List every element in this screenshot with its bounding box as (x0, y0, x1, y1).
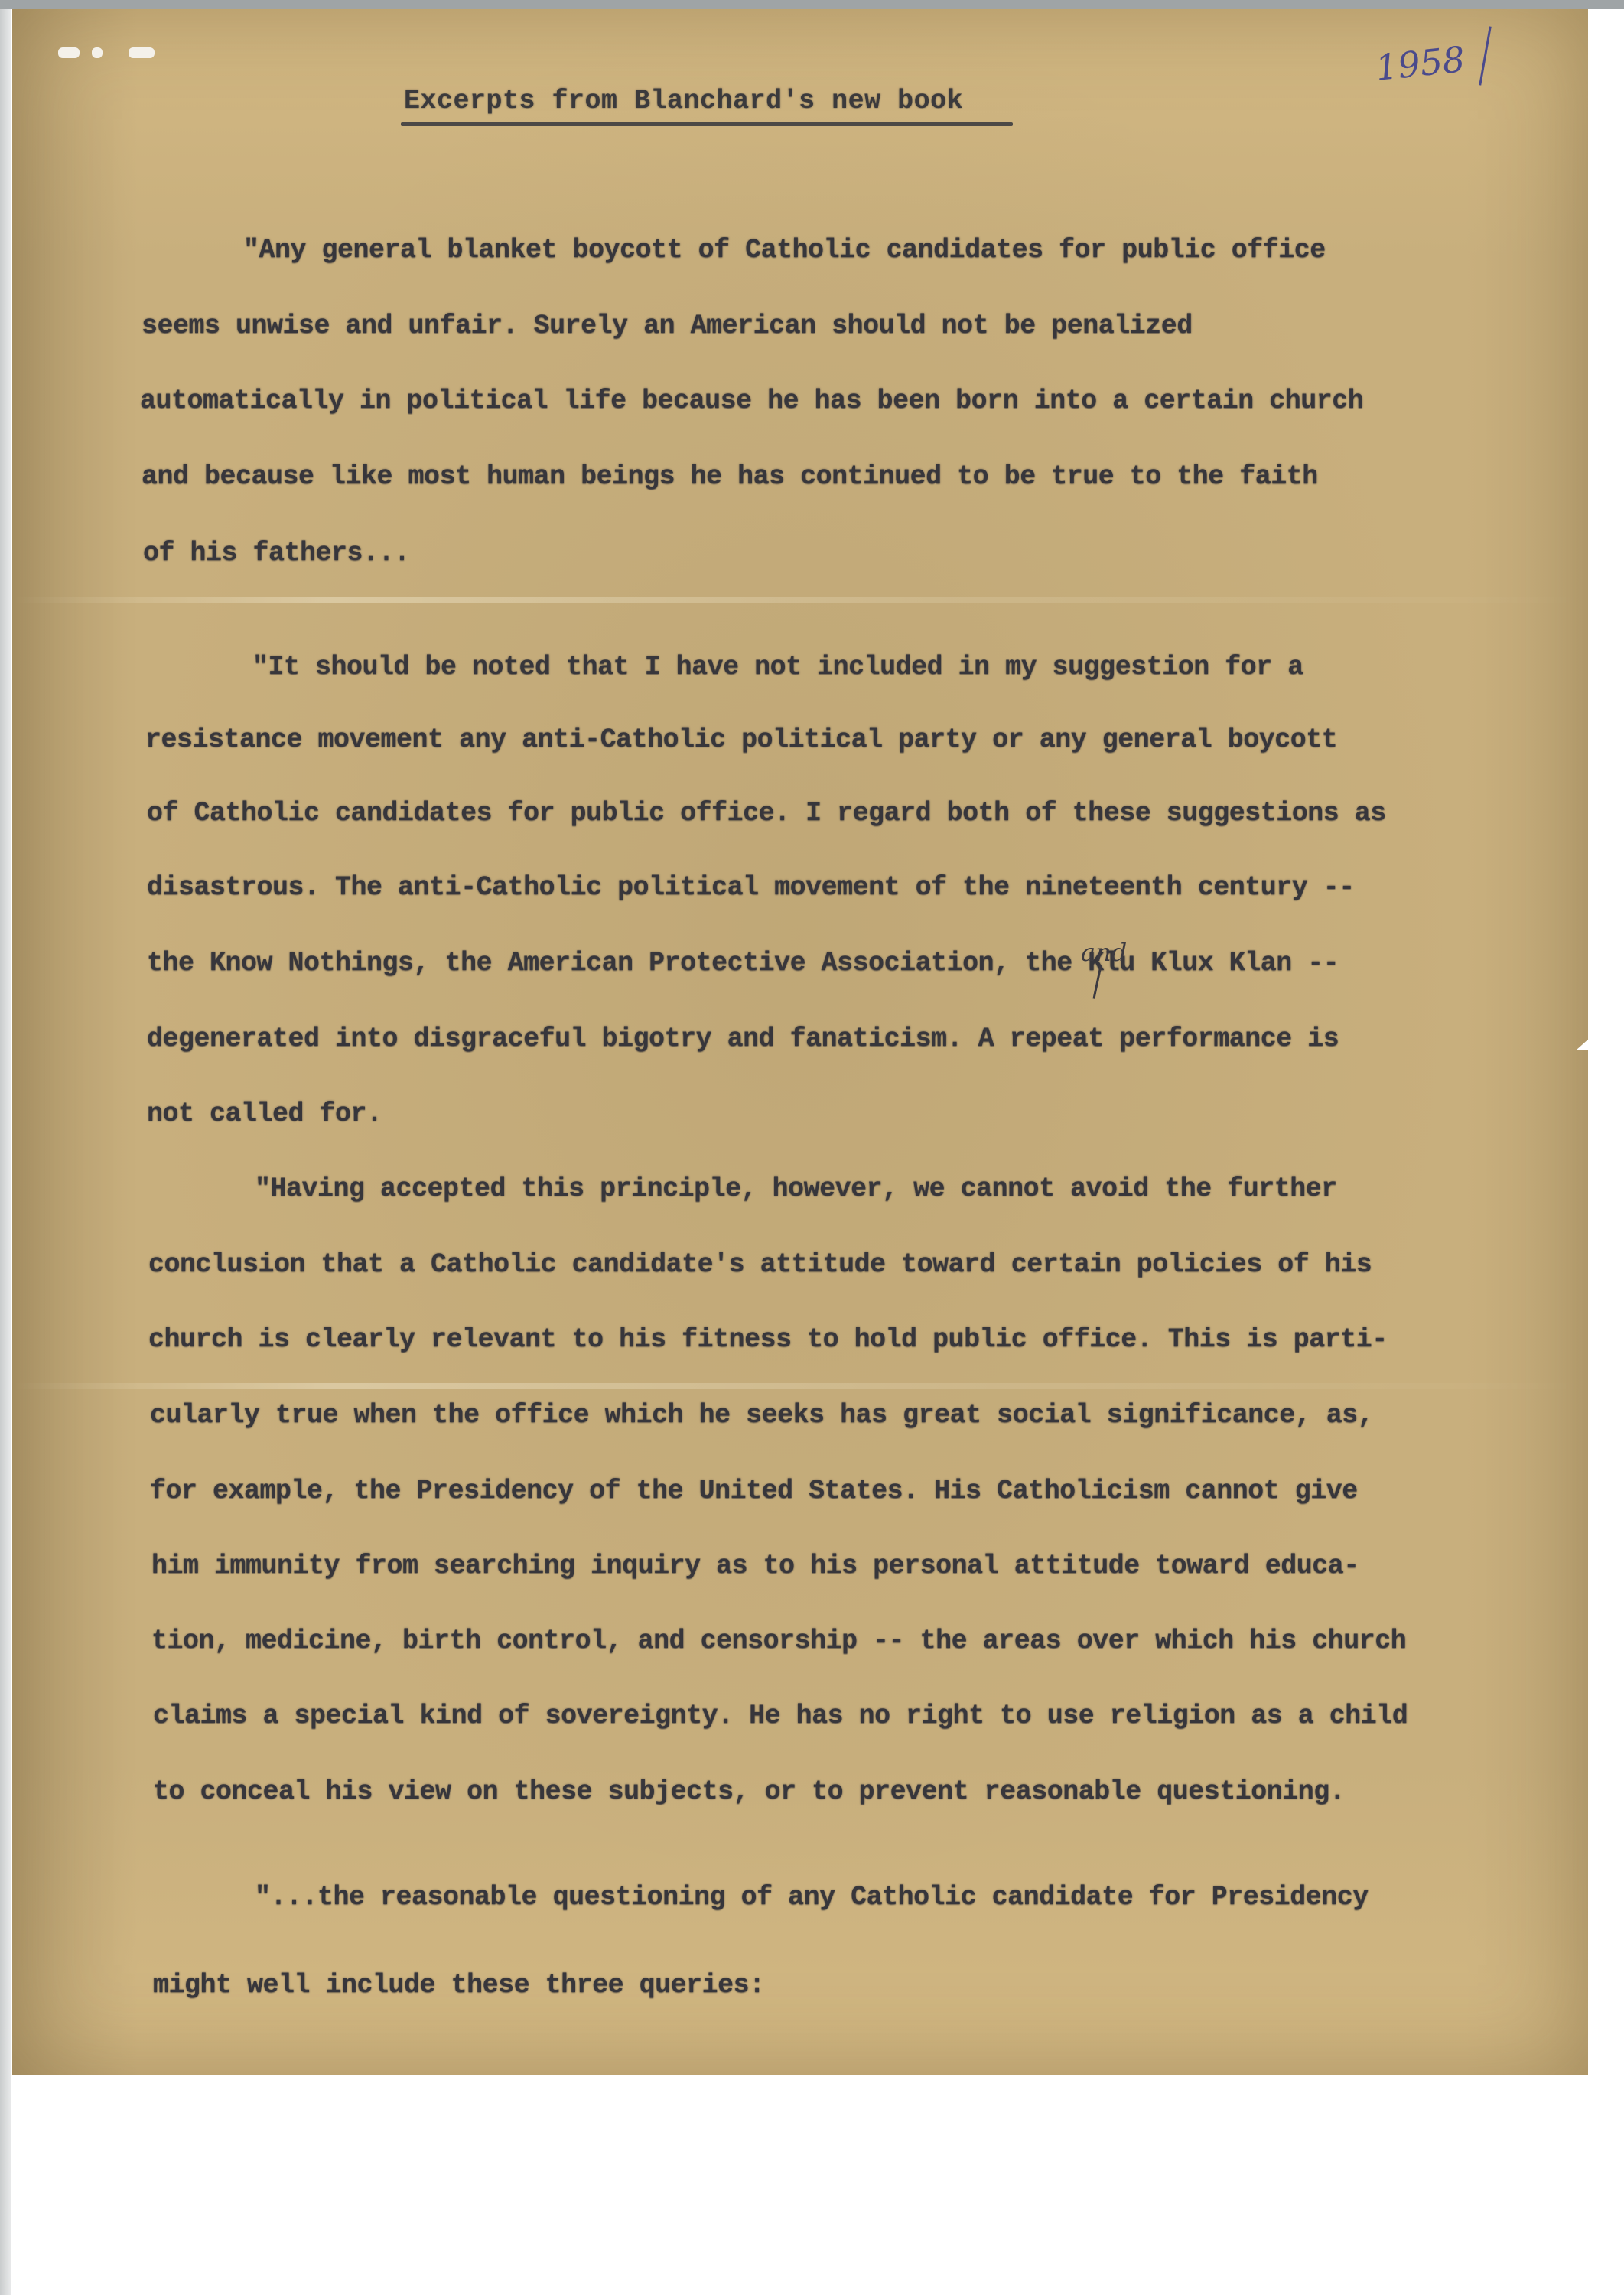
text-line: and because like most human beings he ha… (142, 461, 1318, 492)
text-line: him immunity from searching inquiry as t… (151, 1551, 1359, 1581)
text-line: cularly true when the office which he se… (150, 1400, 1373, 1431)
handwritten-insert-and: and (1081, 938, 1127, 967)
text-line: the Know Nothings, the American Protecti… (147, 948, 1339, 978)
fold-crease (12, 597, 1588, 603)
text-line: conclusion that a Catholic candidate's a… (148, 1249, 1372, 1280)
text-line: for example, the Presidency of the Unite… (150, 1476, 1358, 1506)
text-line: disastrous. The anti-Catholic political … (147, 872, 1355, 903)
tear-mark (129, 47, 155, 58)
page-edge-notch (1576, 1038, 1590, 1050)
text-line: resistance movement any anti-Catholic po… (145, 724, 1337, 755)
text-line: tion, medicine, birth control, and censo… (151, 1626, 1406, 1656)
tear-mark (92, 47, 103, 58)
text-line: not called for. (147, 1099, 382, 1129)
text-line: might well include these three queries: (153, 1970, 765, 2000)
text-line: degenerated into disgraceful bigotry and… (147, 1024, 1339, 1054)
text-line: of Catholic candidates for public office… (147, 798, 1386, 828)
text-line: "Any general blanket boycott of Catholic… (243, 235, 1326, 265)
text-line: of his fathers... (143, 538, 410, 568)
text-line: "...the reasonable questioning of any Ca… (255, 1882, 1369, 1912)
text-line: seems unwise and unfair. Surely an Ameri… (142, 311, 1193, 341)
text-line: "Having accepted this principle, however… (255, 1174, 1337, 1204)
scanner-bed-edge (0, 0, 11, 2295)
document-title: Excerpts from Blanchard's new book (404, 86, 963, 116)
text-line: church is clearly relevant to his fitnes… (148, 1324, 1388, 1355)
scanner-bed-top-edge (0, 0, 1624, 9)
text-line: automatically in political life because … (140, 386, 1363, 416)
fold-crease (12, 1383, 1588, 1389)
tear-mark (58, 47, 80, 58)
text-line: claims a special kind of sovereignty. He… (153, 1701, 1408, 1731)
title-underline (401, 122, 1013, 126)
text-line: to conceal his view on these subjects, o… (153, 1776, 1345, 1807)
text-line: "It should be noted that I have not incl… (252, 652, 1303, 682)
